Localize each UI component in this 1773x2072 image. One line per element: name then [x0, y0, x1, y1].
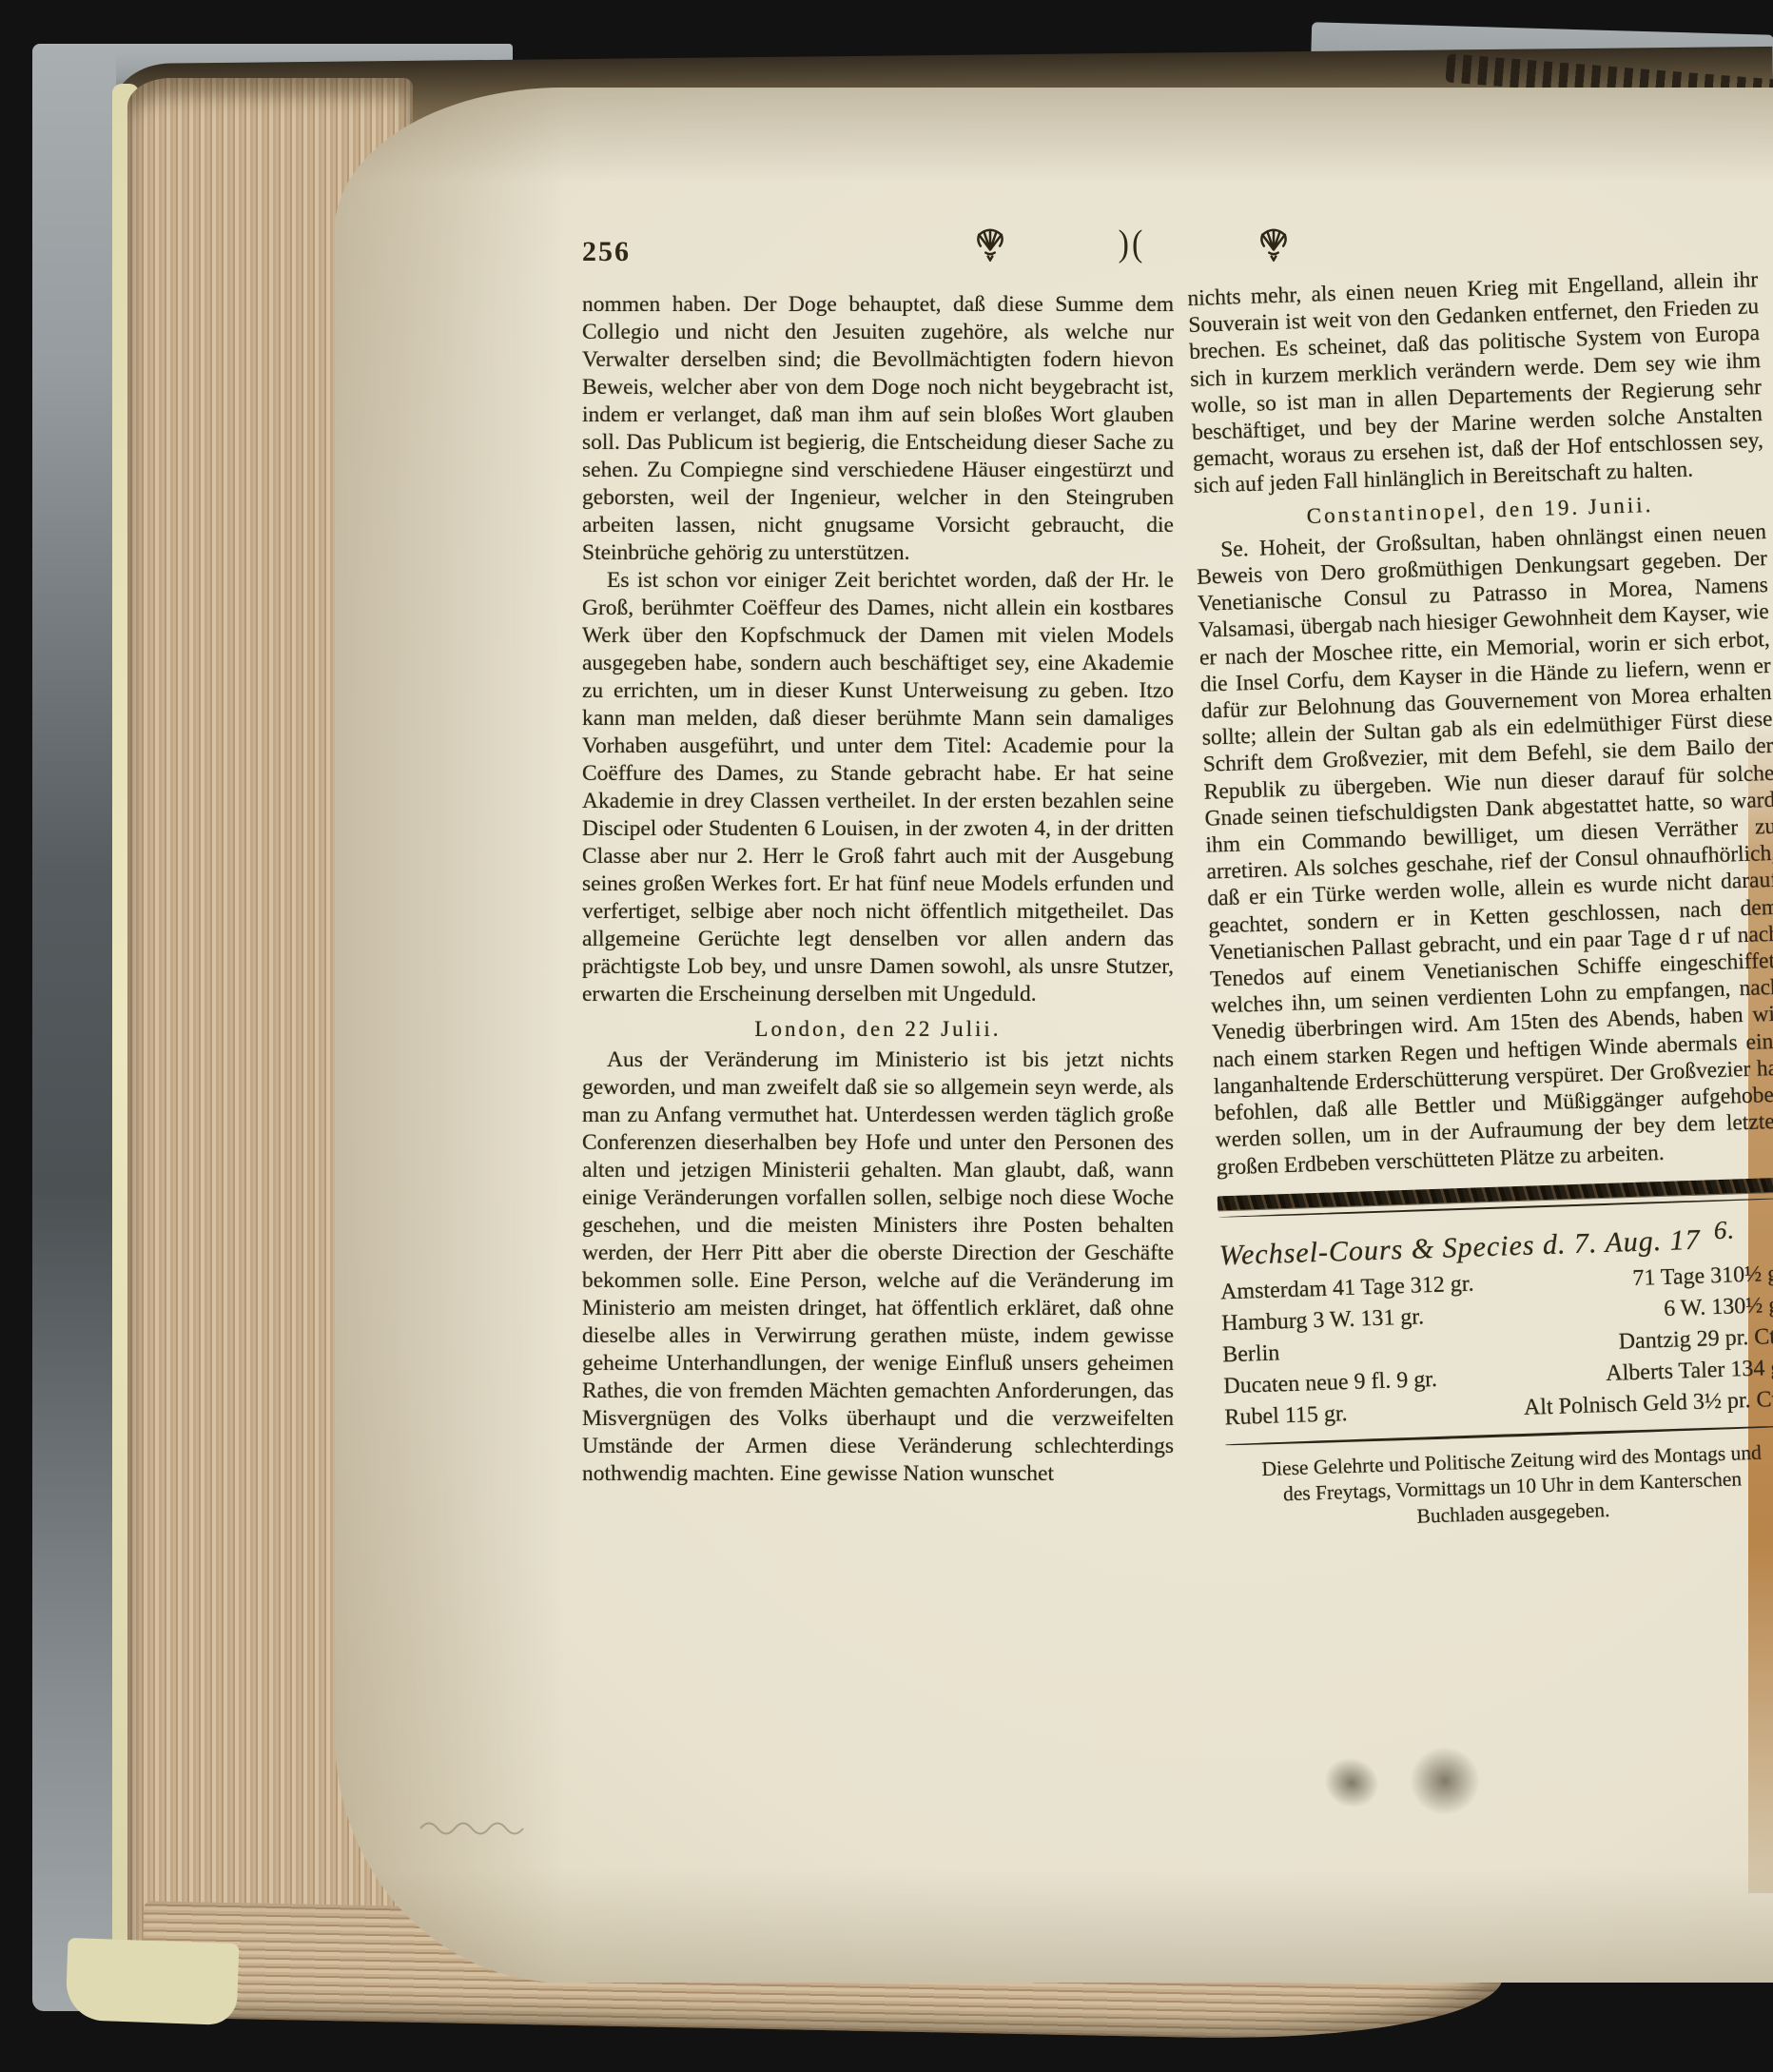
exchange-year-fragment: 6.: [1713, 1217, 1735, 1244]
book-cover-left-edge: [32, 53, 116, 2011]
paragraph-constantinople: Se. Hoheit, der Großsultan, haben ohnlän…: [1196, 518, 1773, 1181]
paragraph-england-war: nichts mehr, als einen neuen Krieg mit E…: [1187, 266, 1764, 499]
exchange-cell: Hamburg 3 W. 131 gr.: [1221, 1302, 1425, 1340]
ink-smudge: [1410, 1747, 1480, 1815]
page-number: 256: [582, 236, 631, 268]
exchange-cell: 6 W. 130½ gr.: [1664, 1290, 1773, 1325]
heading-london: London, den 22 Julii.: [582, 1015, 1174, 1043]
paragraph-london-ministry: Aus der Veränderung im Ministerio ist bi…: [582, 1046, 1174, 1488]
endpaper-bottom-edge: [66, 1938, 240, 2025]
exchange-cell: Dantzig 29 pr. Cto.: [1618, 1321, 1773, 1359]
exchange-cell: Rubel 115 gr.: [1224, 1398, 1348, 1434]
book-photo: 256 )( no: [0, 0, 1773, 2072]
header-ornaments: )(: [972, 226, 1292, 263]
shell-ornament-icon: [1256, 227, 1292, 262]
paragraph-coiffeur: Es ist schon vor einiger Zeit berichtet …: [582, 567, 1174, 1008]
exchange-rates-table: Amsterdam 41 Tage 312 gr. 71 Tage 310½ g…: [1220, 1259, 1773, 1435]
exchange-cell: 71 Tage 310½ gr.: [1632, 1259, 1773, 1296]
section-separator: [1218, 1177, 1773, 1218]
right-column: nichts mehr, als einen neuen Krieg mit E…: [1187, 266, 1773, 1536]
exchange-cell: Berlin: [1222, 1339, 1280, 1372]
pencil-squiggle: [417, 1809, 559, 1838]
left-column: nommen haben. Der Doge behauptet, daß di…: [582, 291, 1174, 1488]
shell-ornament-icon: [972, 227, 1008, 262]
header-center-mark: )(: [1119, 224, 1146, 265]
paragraph-doge-dispute: nommen haben. Der Doge behauptet, daß di…: [582, 291, 1174, 567]
braided-rule: [1218, 1177, 1773, 1210]
